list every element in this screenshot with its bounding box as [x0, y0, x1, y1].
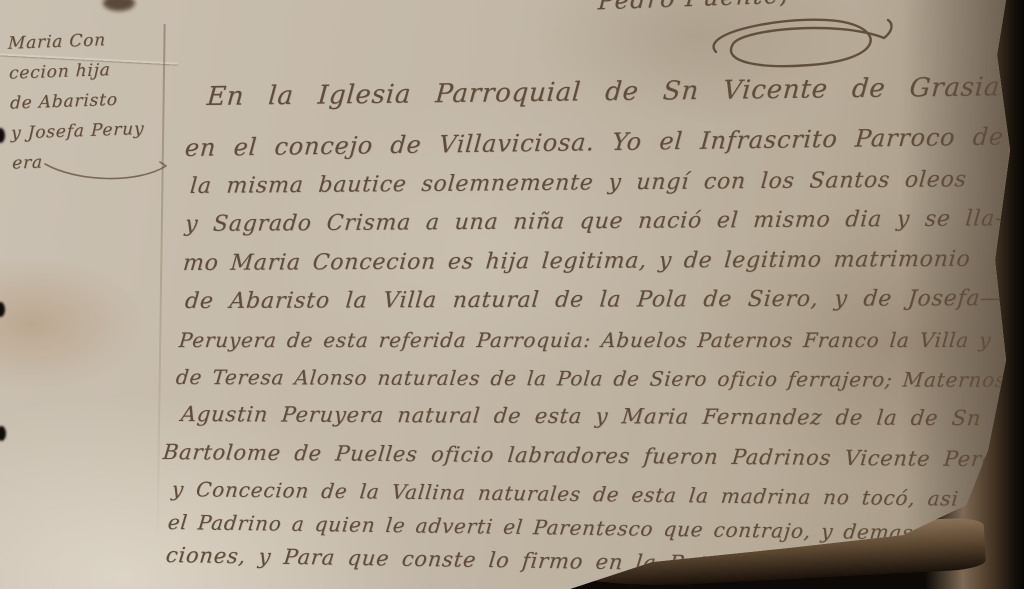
ink-stain — [103, 0, 135, 11]
manuscript-photo: Maria Con cecion hija de Abaristo y Jose… — [0, 0, 1024, 589]
manuscript-line: de Teresa Alonso naturales de la Pola de… — [175, 365, 1007, 392]
manuscript-line: Bartolome de Puelles oficio labradores f… — [162, 440, 1008, 471]
manuscript-paper: Maria Con cecion hija de Abaristo y Jose… — [0, 0, 1024, 589]
margin-bracket-flourish — [42, 158, 172, 188]
signature-rubric-flourish — [688, 10, 903, 76]
manuscript-line: la misma bautice solemnemente y ungí con… — [189, 167, 968, 199]
manuscript-line: mo Maria Concecion es hija legitima, y d… — [182, 247, 972, 276]
manuscript-line: En la Iglesia Parroquial de Sn Vicente d… — [206, 72, 1002, 112]
stitch-hole — [0, 302, 5, 317]
manuscript-line: Peruyera de esta referida Parroquia: Abu… — [178, 328, 992, 352]
manuscript-line: Agustin Peruyera natural de esta y Maria… — [180, 402, 983, 430]
manuscript-line: y Concecion de la Vallina naturales de e… — [171, 477, 960, 511]
manuscript-line: en el concejo de Villaviciosa. Yo el Inf… — [184, 123, 1005, 162]
stitch-hole — [0, 128, 5, 143]
manuscript-line: de Abaristo la Villa natural de la Pola … — [184, 286, 1004, 314]
margin-note: Maria Con cecion hija de Abaristo y Jose… — [7, 23, 164, 178]
manuscript-line: y Sagrado Crisma a una niña que nació el… — [184, 206, 1004, 237]
stitch-hole — [0, 426, 6, 441]
